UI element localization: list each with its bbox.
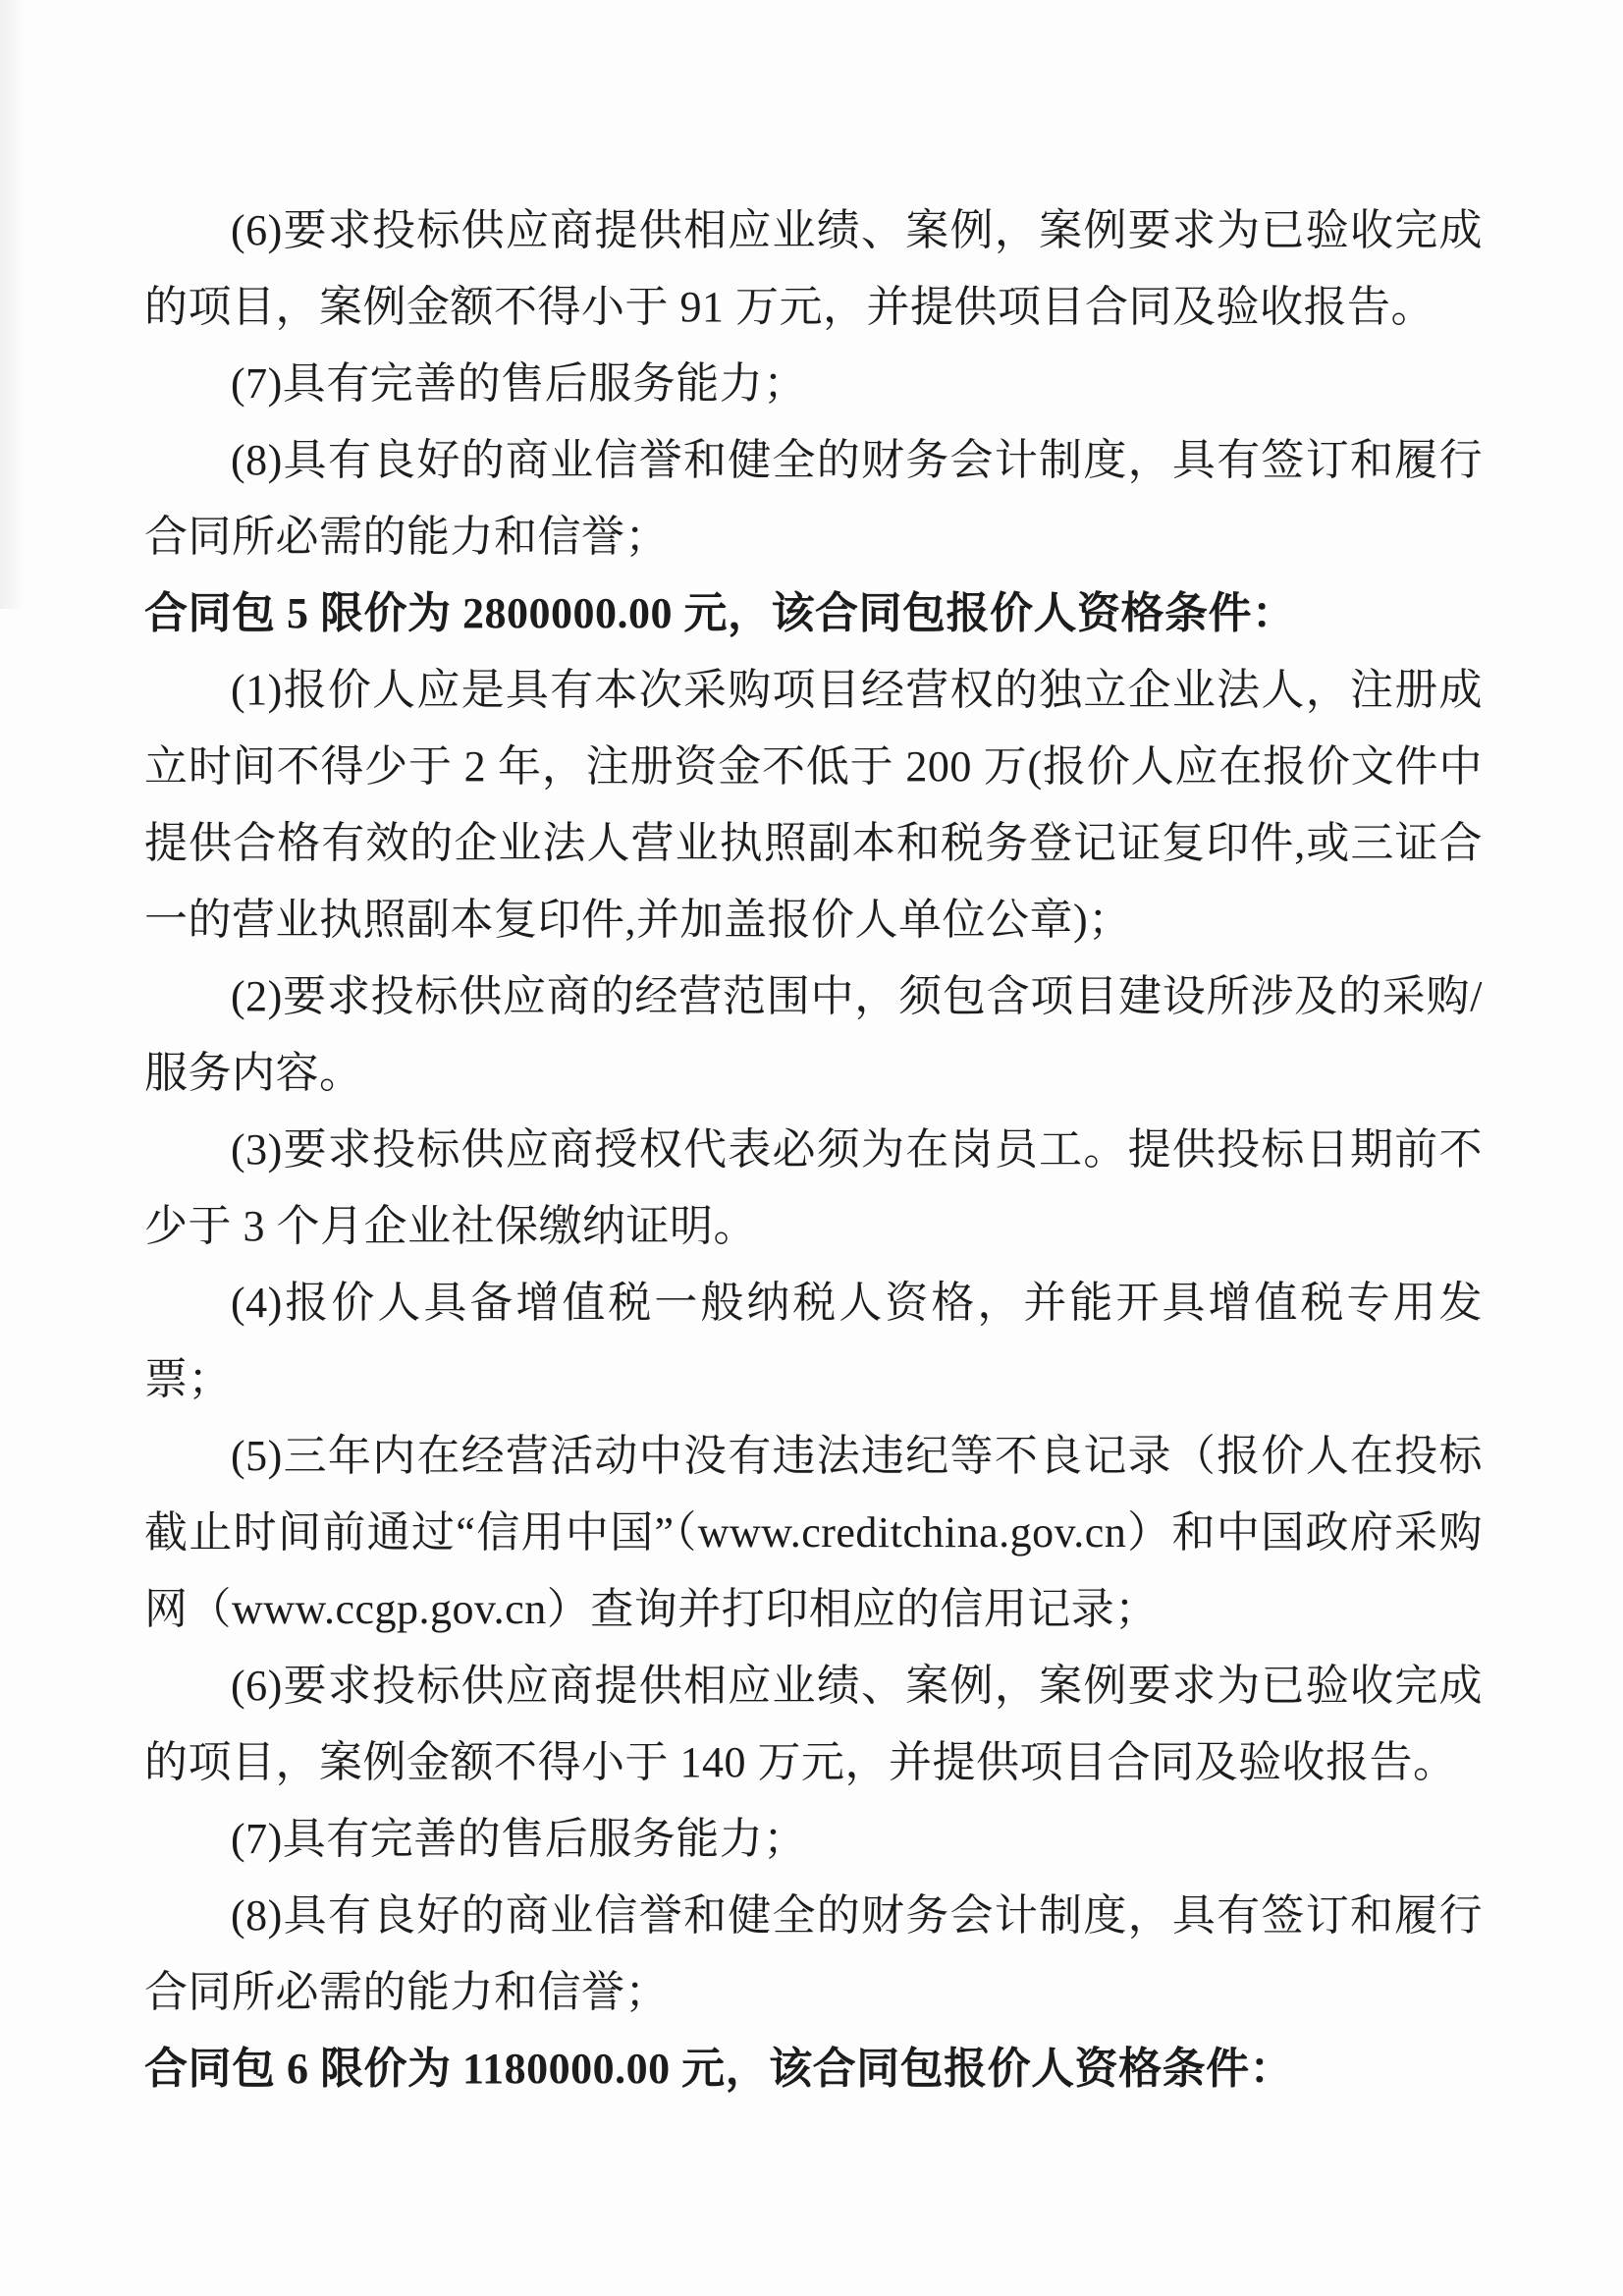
requirement-paragraph: (4)报价人具备增值税一般纳税人资格，并能开具增值税专用发票； [144,1265,1483,1418]
document-text-block: (6)要求投标供应商提供相应业绩、案例，案例要求为已验收完成的项目，案例金额不得… [144,192,1483,2107]
document-page: (6)要求投标供应商提供相应业绩、案例，案例要求为已验收完成的项目，案例金额不得… [0,0,1623,2296]
requirement-paragraph: (7)具有完善的售后服务能力； [144,346,1483,422]
requirement-paragraph: (2)要求投标供应商的经营范围中，须包含项目建设所涉及的采购/服务内容。 [144,958,1483,1112]
requirement-paragraph: (3)要求投标供应商授权代表必须为在岗员工。提供投标日期前不少于 3 个月企业社… [144,1112,1483,1265]
requirement-paragraph: (8)具有良好的商业信誉和健全的财务会计制度，具有签订和履行合同所必需的能力和信… [144,422,1483,575]
contract-package-heading: 合同包 6 限价为 1180000.00 元，该合同包报价人资格条件： [144,2031,1483,2107]
requirement-paragraph: (7)具有完善的售后服务能力； [144,1801,1483,1878]
requirement-paragraph: (8)具有良好的商业信誉和健全的财务会计制度，具有签订和履行合同所必需的能力和信… [144,1878,1483,2031]
contract-package-heading: 合同包 5 限价为 2800000.00 元，该合同包报价人资格条件： [144,575,1483,652]
requirement-paragraph: (1)报价人应是具有本次采购项目经营权的独立企业法人，注册成立时间不得少于 2 … [144,652,1483,958]
requirement-paragraph: (6)要求投标供应商提供相应业绩、案例，案例要求为已验收完成的项目，案例金额不得… [144,192,1483,346]
requirement-paragraph: (6)要求投标供应商提供相应业绩、案例，案例要求为已验收完成的项目，案例金额不得… [144,1648,1483,1801]
requirement-paragraph: (5)三年内在经营活动中没有违法违纪等不良记录（报价人在投标截止时间前通过“信用… [144,1418,1483,1648]
scan-artifact [0,0,26,609]
